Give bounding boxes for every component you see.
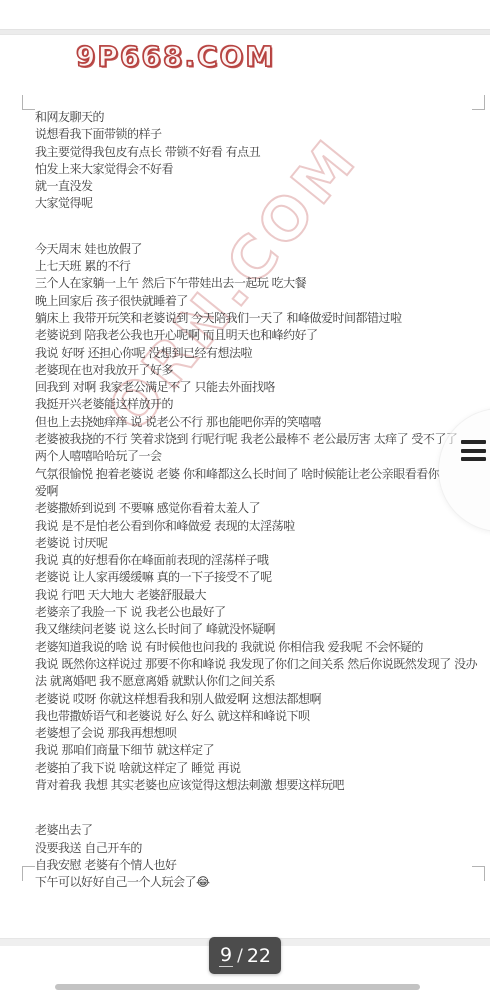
text-line: 老婆现在也对我放开了好多 [35, 362, 487, 379]
text-line: 老婆说到 陪我老公我也开心呢啊 而且明天也和峰约好了 [35, 327, 487, 344]
text-line: 就一直没发 [35, 178, 487, 195]
text-line: 回我到 对啊 我家老公满足不了 只能去外面找咯 [35, 379, 487, 396]
text-line: 我说 好呀 还担心你呢 没想到已经有想法啦 [35, 345, 487, 362]
text-line: 老婆说 讨厌呢 [35, 535, 487, 552]
text-line: 我说 那咱们商量下细节 就这样定了 [35, 742, 487, 759]
site-logo-watermark: 9P668.COM [76, 40, 275, 73]
text-line: 老婆说 让人家再缓缓嘛 真的一下子接受不了呢 [35, 569, 487, 586]
text-boundary-corner-top-left [22, 95, 35, 110]
page-indicator-badge[interactable]: 9 / 22 [209, 937, 281, 974]
text-line: 三个人在家躺一上午 然后下午带娃出去一起玩 吃大餐 [35, 275, 487, 292]
current-page-number[interactable]: 9 [219, 945, 233, 967]
paragraph-gap [35, 794, 487, 822]
text-line: 我也带撒娇语气和老婆说 好么 好么 就这样和峰说下呗 [35, 708, 487, 725]
text-line: 老婆知道我说的啥 说 有时候他也问我的 我就说 你相信我 爱我呢 不会怀疑的 [35, 639, 487, 656]
text-line: 老婆想了会说 那我再想想呗 [35, 725, 487, 742]
text-boundary-corner-top-right [472, 95, 485, 110]
text-line: 气氛很愉悦 抱着老婆说 老婆 你和峰都这么长时间了 啥时候能让老公亲眼看看你 [35, 466, 487, 483]
text-line: 我又继续问老婆 说 这么长时间了 峰就没怀疑啊 [35, 621, 487, 638]
text-line: 我挺开兴老婆能这样放开的 [35, 396, 487, 413]
text-line: 但也上去挠她痒痒 说 说老公不行 那也能吧你弄的笑嘻嘻 [35, 414, 487, 431]
text-line: 大家觉得呢 [35, 195, 487, 212]
text-line: 我说 真的好想看你在峰面前表现的淫荡样子哦 [35, 552, 487, 569]
page-separator-top [0, 29, 490, 35]
text-line: 我说 是不是怕老公看到你和峰做爱 表现的太淫荡啦 [35, 518, 487, 535]
page-separator-slash: / [237, 946, 243, 966]
text-line: 上七天班 累的不行 [35, 258, 487, 275]
text-line: 两个人嘻嘻哈哈玩了一会 [35, 448, 487, 465]
hamburger-menu-icon[interactable] [461, 440, 486, 461]
text-line: 今天周末 娃也放假了 [35, 241, 487, 258]
text-line: 下午可以好好自己一个人玩会了😂 [35, 874, 487, 891]
text-line: 老婆亲了我脸一下 说 我老公也最好了 [35, 604, 487, 621]
text-line: 我说 既然你这样说过 那要不你和峰说 我发现了你们之间关系 然后你说既然发现了 … [35, 656, 487, 673]
text-line: 说想看我下面带锁的样子 [35, 126, 487, 143]
text-line: 老婆说 哎呀 你就这样想看我和别人做爱啊 这想法都想啊 [35, 691, 487, 708]
text-line: 晚上回家后 孩子很快就睡着了 [35, 293, 487, 310]
text-line: 老婆撒娇到说到 不要嘛 感觉你看着太羞人了 [35, 500, 487, 517]
text-line: 我主要觉得我包皮有点长 带锁不好看 有点丑 [35, 144, 487, 161]
text-boundary-corner-bottom-left [22, 866, 35, 881]
text-line: 老婆出去了 [35, 822, 487, 839]
paragraph-gap [35, 213, 487, 241]
text-line: 没要我送 自己开车的 [35, 840, 487, 857]
text-line: 爱啊 [35, 483, 487, 500]
text-line: 躺床上 我带开玩笑和老婆说到 今天陪我们一天了 和峰做爱时间都错过啦 [35, 310, 487, 327]
hamburger-bar [461, 440, 486, 444]
text-line: 自我安慰 老婆有个情人也好 [35, 857, 487, 874]
hamburger-bar [461, 449, 486, 453]
text-line: 怕发上来大家觉得会不好看 [35, 161, 487, 178]
text-line: 法 就离婚吧 我不愿意离婚 就默认你们之间关系 [35, 673, 487, 690]
reader-screen: 9P668.COM ORN.COM 和网友聊天的说想看我下面带锁的样子我主要觉得… [0, 0, 490, 1000]
reading-progress-scrollbar[interactable] [55, 984, 420, 990]
text-line: 背对着我 我想 其实老婆也应该觉得这想法刺激 想要这样玩吧 [35, 777, 487, 794]
document-text: 和网友聊天的说想看我下面带锁的样子我主要觉得我包皮有点长 带锁不好看 有点丑怕发… [35, 109, 487, 891]
text-line: 和网友聊天的 [35, 109, 487, 126]
total-page-count: 22 [247, 945, 271, 967]
text-line: 老婆拍了我下说 啥就这样定了 睡觉 再说 [35, 760, 487, 777]
text-line: 老婆被我挠的不行 笑着求饶到 行呢行呢 我老公最棒不 老公最厉害 太痒了 受不了… [35, 431, 487, 448]
text-line: 我说 行吧 天大地大 老婆舒服最大 [35, 587, 487, 604]
hamburger-bar [461, 457, 486, 461]
